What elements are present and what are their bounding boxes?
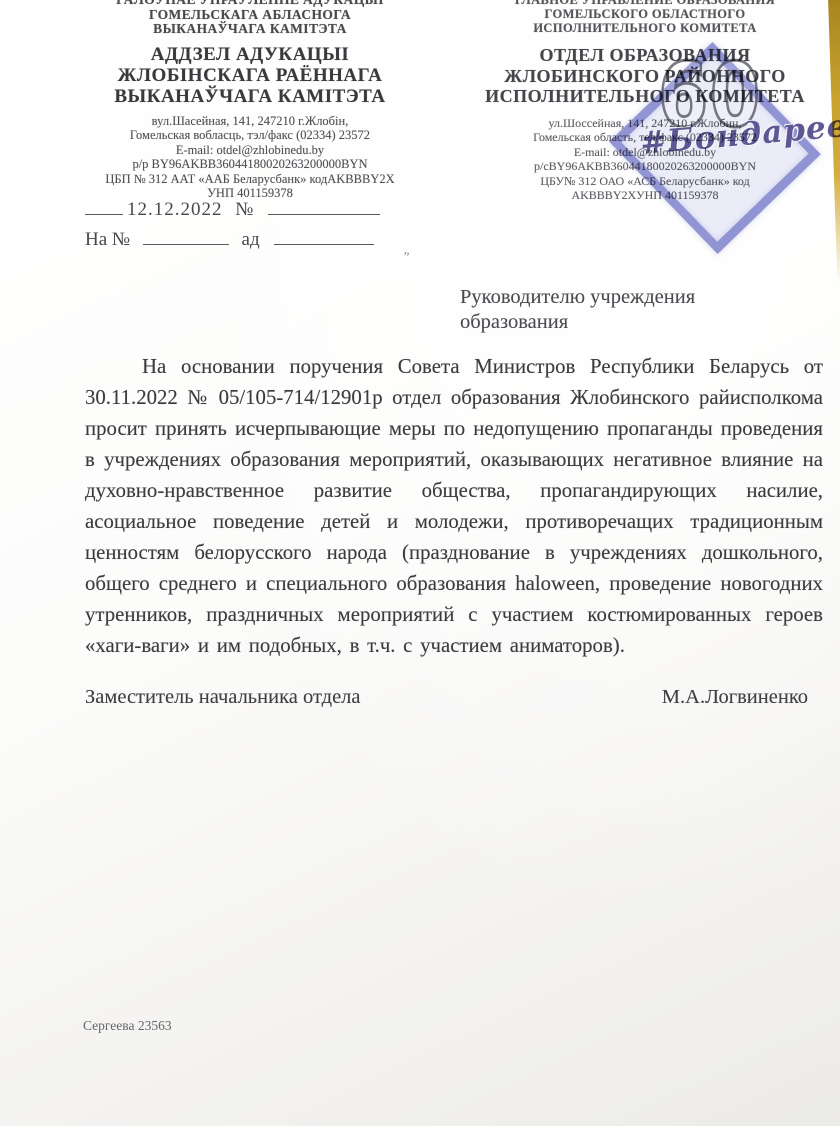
blank-line — [268, 197, 380, 215]
signature-row: Заместитель начальника отдела М.А.Логвин… — [85, 686, 808, 709]
org-name-left: АДДЗЕЛ АДУКАЦЫІ ЖЛОБІНСКАГА РАЁННАГА ВЫК… — [85, 44, 415, 107]
org-name-line: ОТДЕЛ ОБРАЗОВАНИЯ — [450, 45, 840, 66]
parent-org-line: ГОМЕЛЬСКОГО ОБЛАСТНОГО — [450, 7, 840, 21]
unp-line: AKBBBY2ХУНП 401159378 — [450, 188, 840, 203]
email-line: E-mail: otdel@zhlobinedu.by — [85, 143, 415, 158]
recipient-line: образования — [460, 310, 800, 335]
org-name-line: ЖЛОБІНСКАГА РАЁННАГА — [85, 65, 415, 86]
email-line: E-mail: otdel@zhlobinedu.by — [450, 145, 840, 160]
signer-name: М.А.Логвиненко — [662, 686, 808, 709]
parent-org-line: ГЛАВНОЕ УПРАВЛЕНИЕ ОБРАЗОВАНИЯ — [450, 0, 840, 7]
scan-artifact-mark: ˮ — [401, 249, 410, 266]
parent-org-name-left: ГАЛОЎНАЕ ЎПРАЎЛЕННЕ АДУКАЦЫІ ГОМЕЛЬСКАГА… — [85, 0, 415, 37]
parent-org-name-right: ГЛАВНОЕ УПРАВЛЕНИЕ ОБРАЗОВАНИЯ ГОМЕЛЬСКО… — [450, 0, 840, 35]
blank-line — [143, 227, 229, 245]
reply-from-label: ад — [242, 229, 260, 250]
letterhead-left-column: ГАЛОЎНАЕ ЎПРАЎЛЕННЕ АДУКАЦЫІ ГОМЕЛЬСКАГА… — [85, 0, 415, 201]
bank-line: ЦБП № 312 ААТ «ААБ Беларусбанк» кодAKBBB… — [85, 172, 415, 187]
address-line: ул.Шоссейная, 141, 247210 г.Жлобин, — [450, 116, 840, 131]
signer-position: Заместитель начальника отдела — [85, 686, 361, 709]
org-details-left: вул.Шасейная, 141, 247210 г.Жлобін, Гоме… — [85, 114, 415, 202]
bank-line: ЦБУ№ 312 ОАО «АСБ Беларусбанк» код — [450, 174, 840, 189]
recipient-block: Руководителю учреждения образования — [460, 285, 800, 334]
letter-body-paragraph: На основании поручения Совета Министров … — [85, 351, 823, 661]
executor-note: Сергеева 23563 — [83, 1018, 172, 1034]
parent-org-line: ИСПОЛНИТЕЛЬНОГО КОМИТЕТА — [450, 21, 840, 35]
parent-org-line: ВЫКАНАЎЧАГА КАМІТЭТА — [85, 22, 415, 37]
number-sign-label: № — [235, 199, 253, 220]
document-date: 12.12.2022 — [127, 199, 223, 220]
org-details-right: ул.Шоссейная, 141, 247210 г.Жлобин, Гоме… — [450, 116, 840, 204]
org-name-line: ИСПОЛНИТЕЛЬНОГО КОМИТЕТА — [450, 86, 840, 107]
recipient-line: Руководителю учреждения — [460, 285, 800, 310]
date-row: 12.12.2022 № — [85, 197, 380, 227]
scanned-letter-page: ГАЛОЎНАЕ ЎПРАЎЛЕННЕ АДУКАЦЫІ ГОМЕЛЬСКАГА… — [0, 0, 840, 1126]
blank-line — [85, 197, 123, 215]
blank-line — [274, 227, 374, 245]
address-line: вул.Шасейная, 141, 247210 г.Жлобін, — [85, 114, 415, 129]
bank-account-line: р/сBY96AKBB36044180020263200000BYN — [450, 159, 840, 174]
letterhead-right-column: ГЛАВНОЕ УПРАВЛЕНИЕ ОБРАЗОВАНИЯ ГОМЕЛЬСКО… — [450, 0, 840, 203]
org-name-right: ОТДЕЛ ОБРАЗОВАНИЯ ЖЛОБИНСКОГО РАЙОННОГО … — [450, 45, 840, 107]
org-name-line: ВЫКАНАЎЧАГА КАМІТЭТА — [85, 86, 415, 107]
reply-number-label: На № — [85, 229, 130, 250]
address-line: Гомельская вобласць, тэл/факс (02334) 23… — [85, 128, 415, 143]
reply-reference-row: На № ад — [85, 227, 380, 257]
org-name-line: АДДЗЕЛ АДУКАЦЫІ — [85, 44, 415, 65]
bank-account-line: р/р BY96AKBB36044180020263200000BYN — [85, 157, 415, 172]
parent-org-line: ГОМЕЛЬСКАГА АБЛАСНОГА — [85, 8, 415, 23]
date-reference-block: 12.12.2022 № На № ад ˮ — [85, 197, 380, 257]
org-name-line: ЖЛОБИНСКОГО РАЙОННОГО — [450, 66, 840, 87]
address-line: Гомельская область, тел/факс (02334) 235… — [450, 130, 840, 145]
